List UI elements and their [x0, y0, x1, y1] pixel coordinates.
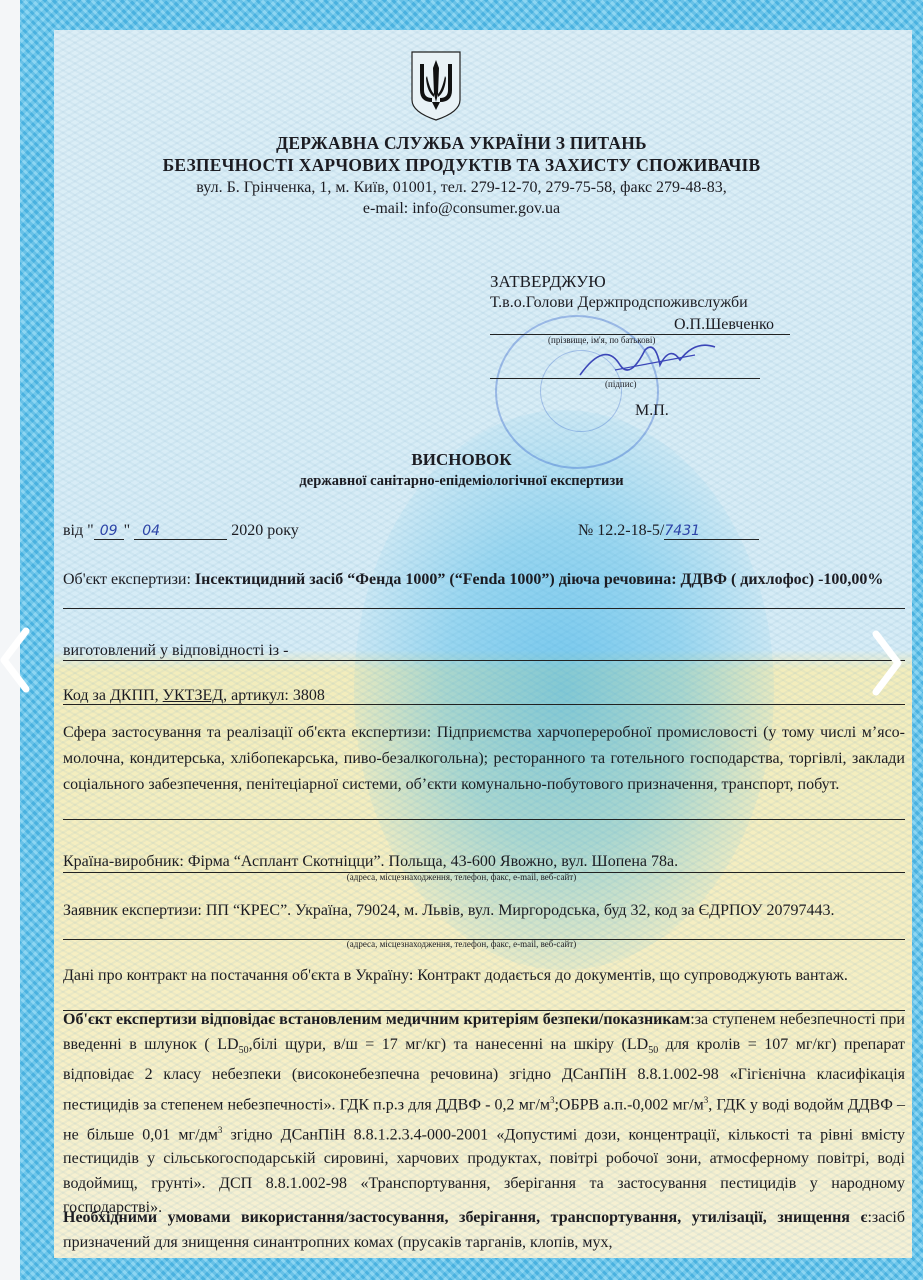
scope-of-use: Сфера застосування та реалізації об'єкта… [63, 720, 905, 798]
usage-conditions: Необхідними умовами використання/застосу… [63, 1206, 905, 1255]
object-of-expertise: Об'єкт експертизи: Інсектицидний засіб “… [63, 567, 905, 593]
document-subtitle: державної санітарно-епідеміологічної екс… [0, 473, 923, 490]
date-month: 04 [134, 523, 227, 540]
doc-number: № 12.2-18-5/7431 [578, 522, 759, 540]
rule [63, 660, 905, 661]
org-name-line2: БЕЗПЕЧНОСТІ ХАРЧОВИХ ПРОДУКТІВ ТА ЗАХИСТ… [0, 155, 923, 176]
applicant-address-hint: (адреса, місцезнаходження, телефон, факс… [0, 939, 923, 949]
signature-hint: (підпис) [605, 379, 637, 389]
doc-number-handwritten: 7431 [664, 523, 759, 540]
manufacturer-address-hint: (адреса, місцезнаходження, телефон, факс… [0, 872, 923, 882]
name-hint: (прізвище, ім'я, по батькові) [548, 335, 655, 345]
org-email: e-mail: info@consumer.gov.ua [0, 200, 923, 218]
rule [63, 704, 905, 705]
org-address: вул. Б. Грінченка, 1, м. Київ, 01001, те… [0, 179, 923, 197]
trident-coat-of-arms-icon [410, 50, 462, 122]
product-code: Код за ДКПП, УКТЗЕД, артикул: 3808 [63, 683, 905, 709]
approver-position: Т.в.о.Голови Держпродспоживслужби [490, 294, 748, 312]
applicant: Заявник експертизи: ПП “КРЕС”. Україна, … [63, 898, 905, 924]
object-value: Інсектицидний засіб “Фенда 1000” (“Fenda… [195, 571, 883, 588]
date-row: від "09" 04 2020 року [63, 522, 299, 540]
compliance-statement: Об'єкт експертизи відповідає встановлени… [63, 1008, 905, 1221]
seal-mark: М.П. [635, 402, 669, 420]
date-day: 09 [94, 523, 124, 540]
org-name-line1: ДЕРЖАВНА СЛУЖБА УКРАЇНИ З ПИТАНЬ [0, 133, 923, 154]
rule [63, 608, 905, 609]
contract-info: Дані про контракт на постачання об'єкта … [63, 963, 905, 989]
approver-name: О.П.Шевченко [674, 316, 774, 334]
rule [63, 819, 905, 820]
document-title: ВИСНОВОК [0, 450, 923, 470]
chevron-right-icon[interactable] [868, 628, 908, 698]
chevron-left-icon[interactable] [0, 625, 34, 695]
approval-heading: ЗАТВЕРДЖУЮ [490, 272, 606, 292]
date-year: 2020 року [231, 522, 299, 539]
